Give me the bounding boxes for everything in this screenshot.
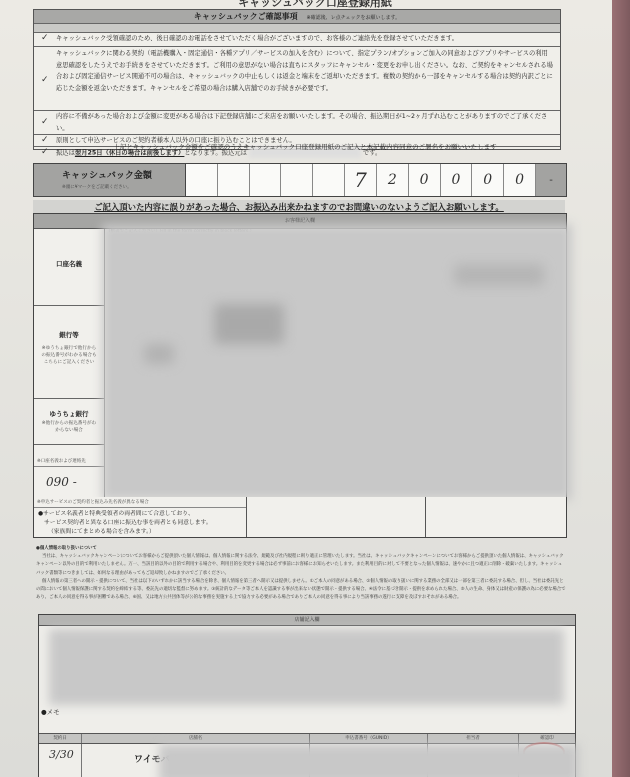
warning-banner: ご記入頂いた内容に誤りがあった場合、お振込み出来かねますのでお間違いのないようご… <box>33 200 565 214</box>
amount-digit[interactable]: 0 <box>409 164 441 196</box>
yucho-label: ゆうちょ銀行 <box>34 409 104 418</box>
customer-entry-section: お客様記入欄 （楷書でご記入ください）Fill in the form corr… <box>33 213 567 498</box>
checkmark-icon[interactable]: ✓ <box>41 147 49 159</box>
checkmark-icon[interactable]: ✓ <box>41 33 49 45</box>
privacy-paragraph: 当社は、キャッシュバックキャンペーンについてお客様からご提供頂いた個人情報は、個… <box>36 553 566 578</box>
bank-label: 銀行等 <box>34 330 104 339</box>
contract-date-cell: 3/30 <box>39 744 82 777</box>
checkmark-icon[interactable]: ✓ <box>41 135 49 147</box>
consent-row: ※申込サービスのご契約者と振込み先名義が異なる場合 ●サービス名義者と特典受領者… <box>33 497 567 538</box>
consent-signature-cell-2[interactable] <box>426 497 566 537</box>
confirmation-item: ✓ キャッシュバックに関わる契約（電話機購入・固定通信・各種アプリ／サービスの加… <box>34 47 560 111</box>
background-surface <box>612 0 630 777</box>
amount-digit[interactable] <box>218 164 250 196</box>
col-contract-date: 契約日 <box>39 734 82 743</box>
store-table: 契約日 店舗名 申込書番号（GUNID） 担当者 確認印 3/30 ワイモバイル <box>39 733 575 777</box>
col-store-name: 店舗名 <box>82 734 310 743</box>
customer-label-column: 口座名義 銀行等 ※ゆうちょ銀行で他行からの振込番号がわかる場合もこちらにご記入… <box>34 229 105 497</box>
phone-cell: ※口座名義および連絡先 090 - <box>34 456 104 496</box>
consent-body: ●サービス名義者と特典受領者の両者間にて合意しており、 サービス契約者と異なる口… <box>34 508 246 539</box>
store-entry-heading: 店舗記入欄 <box>39 615 575 626</box>
redacted-store-info <box>49 629 564 705</box>
contract-date: 3/30 <box>39 744 81 762</box>
privacy-paragraph: 個人情報の第三者への開示・提供について、当社は以下のいずれかに該当する場合を除き… <box>36 578 566 603</box>
checkmark-icon[interactable]: ✓ <box>41 75 49 87</box>
cashback-amount-label: キャッシュバック金額 <box>62 168 185 181</box>
amount-digit[interactable]: 0 <box>441 164 473 196</box>
bank-note: ※ゆうちょ銀行で他行からの振込番号がわかる場合もこちらにご記入ください <box>34 345 104 366</box>
confirmation-heading-note: ※確認後、レ点チェックをお願いします。 <box>306 15 400 21</box>
yucho-label-cell: ゆうちょ銀行 ※他行からの振込番号がわからない場合 <box>34 399 104 445</box>
amount-digit[interactable] <box>313 164 345 196</box>
amount-digit[interactable] <box>250 164 282 196</box>
instruction-text: 上記とキャッシュバック金額をご確認のうえキャッシュバック口座登録用紙のご記入と本… <box>70 142 540 151</box>
col-application-number: 申込書番号（GUNID） <box>310 734 428 743</box>
memo-label: ●メモ <box>41 707 60 716</box>
consent-text-cell: ※申込サービスのご契約者と振込み先名義が異なる場合 ●サービス名義者と特典受領者… <box>34 497 247 537</box>
store-entry-section: 店舗記入欄 ●メモ 契約日 店舗名 申込書番号（GUNID） 担当者 確認印 3… <box>38 614 576 777</box>
yucho-note: ※他行からの振込番号がわからない場合 <box>34 420 104 434</box>
phone-value[interactable]: 090 - <box>34 467 104 489</box>
redaction-artifact <box>214 304 284 344</box>
cashback-amount-label-cell: キャッシュバック金額 ※頭に¥マークをご記載ください。 <box>34 164 186 196</box>
amount-digit[interactable]: 7 <box>345 164 377 196</box>
cashback-amount-row: キャッシュバック金額 ※頭に¥マークをご記載ください。 7 2 0 0 0 0 … <box>33 163 567 197</box>
store-table-header: 契約日 店舗名 申込書番号（GUNID） 担当者 確認印 <box>39 734 575 744</box>
redaction-artifact <box>454 264 544 286</box>
account-name-label: 口座名義 <box>34 259 104 268</box>
document-page: キャッシュバック口座登録用紙 キャッシュバックご確認事項 ※確認後、レ点チェック… <box>0 0 612 777</box>
confirmation-section: キャッシュバックご確認事項 ※確認後、レ点チェックをお願いします。 ✓ キャッシ… <box>33 9 561 150</box>
phone-label: ※口座名義および連絡先 <box>34 456 104 467</box>
amount-digit[interactable] <box>281 164 313 196</box>
amount-suffix: - <box>536 164 566 196</box>
privacy-heading: ●個人情報の取り扱いについて <box>36 545 566 553</box>
bank-label-cell: 銀行等 ※ゆうちょ銀行で他行からの振込番号がわかる場合もこちらにご記入ください <box>34 306 104 399</box>
amount-digit[interactable]: 0 <box>504 164 536 196</box>
cashback-amount-digits: 7 2 0 0 0 0 <box>186 164 536 196</box>
confirmation-item: ✓ 内容に不備があった場合および金額に変更がある場合は下記登録店舗にご来店をお願… <box>34 111 560 135</box>
confirmation-item: ✓ キャッシュバック受領確認のため、後日確認のお電話をさせていただく場合がござい… <box>34 33 560 47</box>
privacy-notice: ●個人情報の取り扱いについて 当社は、キャッシュバックキャンペーンについてお客様… <box>36 545 566 602</box>
amount-digit[interactable] <box>186 164 218 196</box>
amount-digit[interactable]: 0 <box>472 164 504 196</box>
consent-heading: ※申込サービスのご契約者と振込み先名義が異なる場合 <box>34 497 246 508</box>
redaction-artifact <box>144 344 174 364</box>
account-name-label-cell: 口座名義 <box>34 229 104 306</box>
consent-signature-cell[interactable] <box>247 497 426 537</box>
confirmation-subbar <box>34 24 560 33</box>
cashback-amount-note: ※頭に¥マークをご記載ください。 <box>62 184 185 190</box>
amount-digit[interactable]: 2 <box>377 164 409 196</box>
warning-text: ご記入頂いた内容に誤りがあった場合、お振込み出来かねますのでお間違いのないようご… <box>94 202 504 212</box>
redacted-store-details <box>159 744 579 777</box>
confirmation-heading: キャッシュバックご確認事項 ※確認後、レ点チェックをお願いします。 <box>34 10 560 24</box>
checkmark-icon[interactable]: ✓ <box>41 117 49 129</box>
col-staff: 担当者 <box>428 734 519 743</box>
